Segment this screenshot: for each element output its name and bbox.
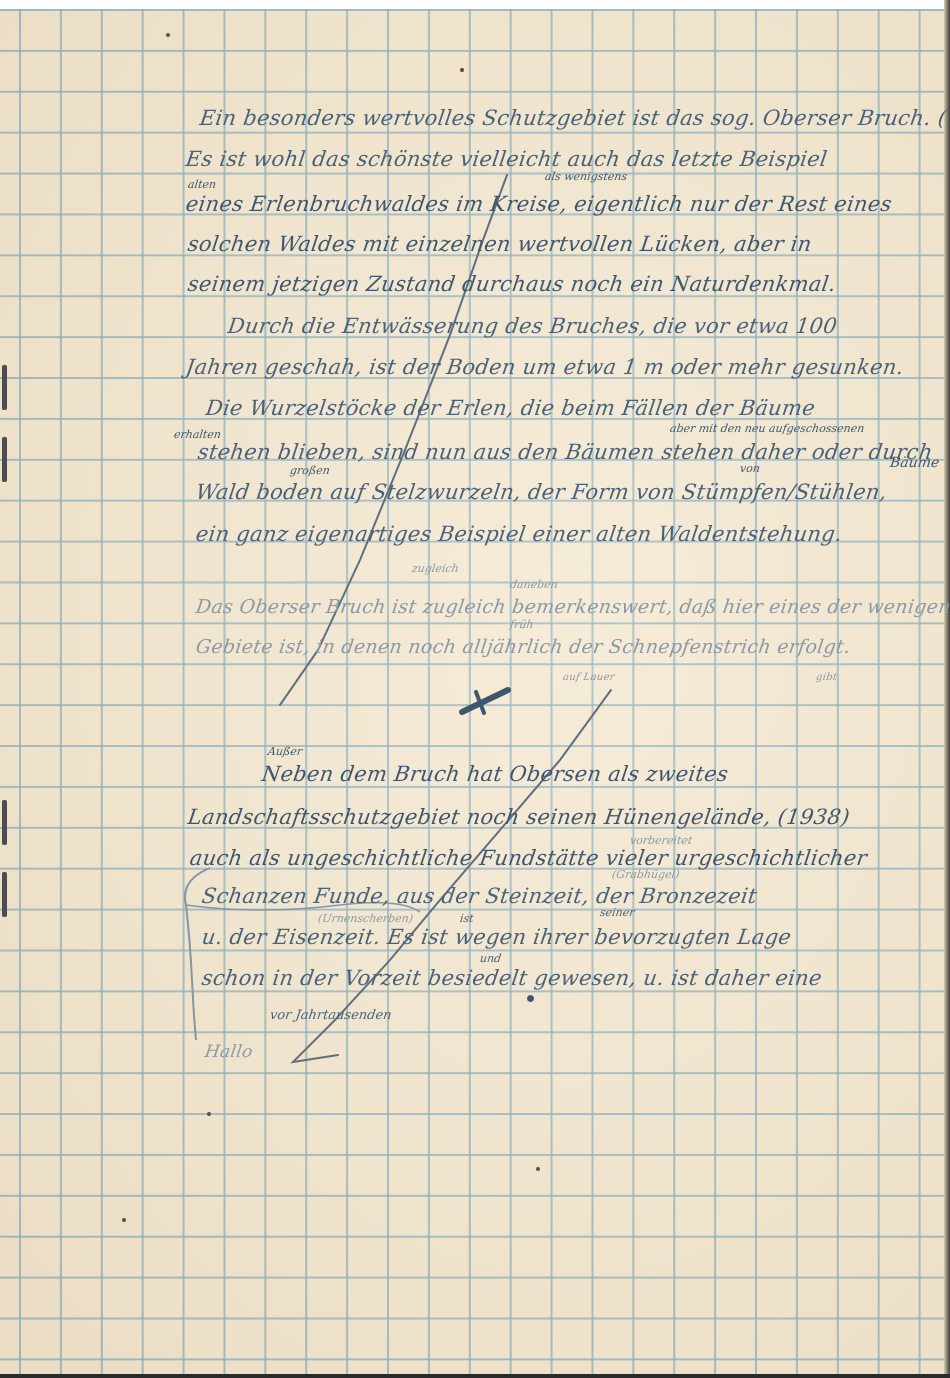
signature: Hallo [204,1042,254,1062]
pencil-note: auf Lauer [562,672,615,683]
text-line: Es ist wohl das schönste vielleicht auch… [184,147,829,171]
text-line: Schanzen Funde, aus der Steinzeit, der B… [200,884,758,908]
insertion-note: seiner [599,906,635,919]
text-line: Neben dem Bruch hat Obersen als zweites [260,762,730,786]
insertion-note: als wenigstens [544,170,628,183]
insertion-note: aber mit den neu aufgeschossenen [669,422,865,435]
insertion-note: und [479,952,502,965]
text-line: stehen blieben, sind nun aus den Bäumen … [196,440,934,464]
insertion-note: früh [509,618,534,631]
insertion-note: (Grabhügel) [611,868,680,881]
text-line: Ein besonders wertvolles Schutzgebiet is… [198,106,950,130]
text-line: Durch die Entwässerung des Bruches, die … [226,314,838,338]
text-line: ein ganz eigenartiges Beispiel einer alt… [194,522,844,546]
insertion-note: Außer [267,745,303,758]
text-line: Jahren geschah, ist der Boden um etwa 1 … [184,355,905,379]
insertion-note: alten [187,178,217,191]
text-line: Das Oberser Bruch ist zugleich bemerkens… [194,596,950,618]
insertion-note: ist [459,912,474,925]
text-line: solchen Waldes mit einzelnen wertvollen … [186,232,813,256]
insertion-note: von [739,462,761,475]
insertion-note: (Urnenscherben) [317,912,414,925]
text-line: u. der Eisenzeit. Es ist wegen ihrer bev… [200,925,793,949]
text-line: Die Wurzelstöcke der Erlen, die beim Fäl… [204,396,816,420]
text-line: eines Erlenbruchwaldes im Kreise, eigent… [184,192,893,216]
insertion-note: zugleich [411,562,460,575]
text-line: schon in der Vorzeit besiedelt gewesen, … [200,966,823,990]
text-line: vor Jahrtausenden [269,1008,393,1023]
text-line: auch als ungeschichtliche Fundstätte vie… [188,846,868,870]
insertion-note: daneben [509,578,559,591]
pencil-note: gibt [815,672,838,683]
text-line: Gebiete ist, in denen noch alljährlich d… [194,636,852,658]
text-line: Landschaftsschutzgebiet noch seinen Hüne… [186,805,851,829]
text-line: seinem jetzigen Zustand durchaus noch ei… [186,272,837,296]
text-line: Wald boden auf Stelzwurzeln, der Form vo… [194,480,888,504]
margin-note: Bäume [889,455,940,471]
insertion-note: großen [289,464,331,477]
